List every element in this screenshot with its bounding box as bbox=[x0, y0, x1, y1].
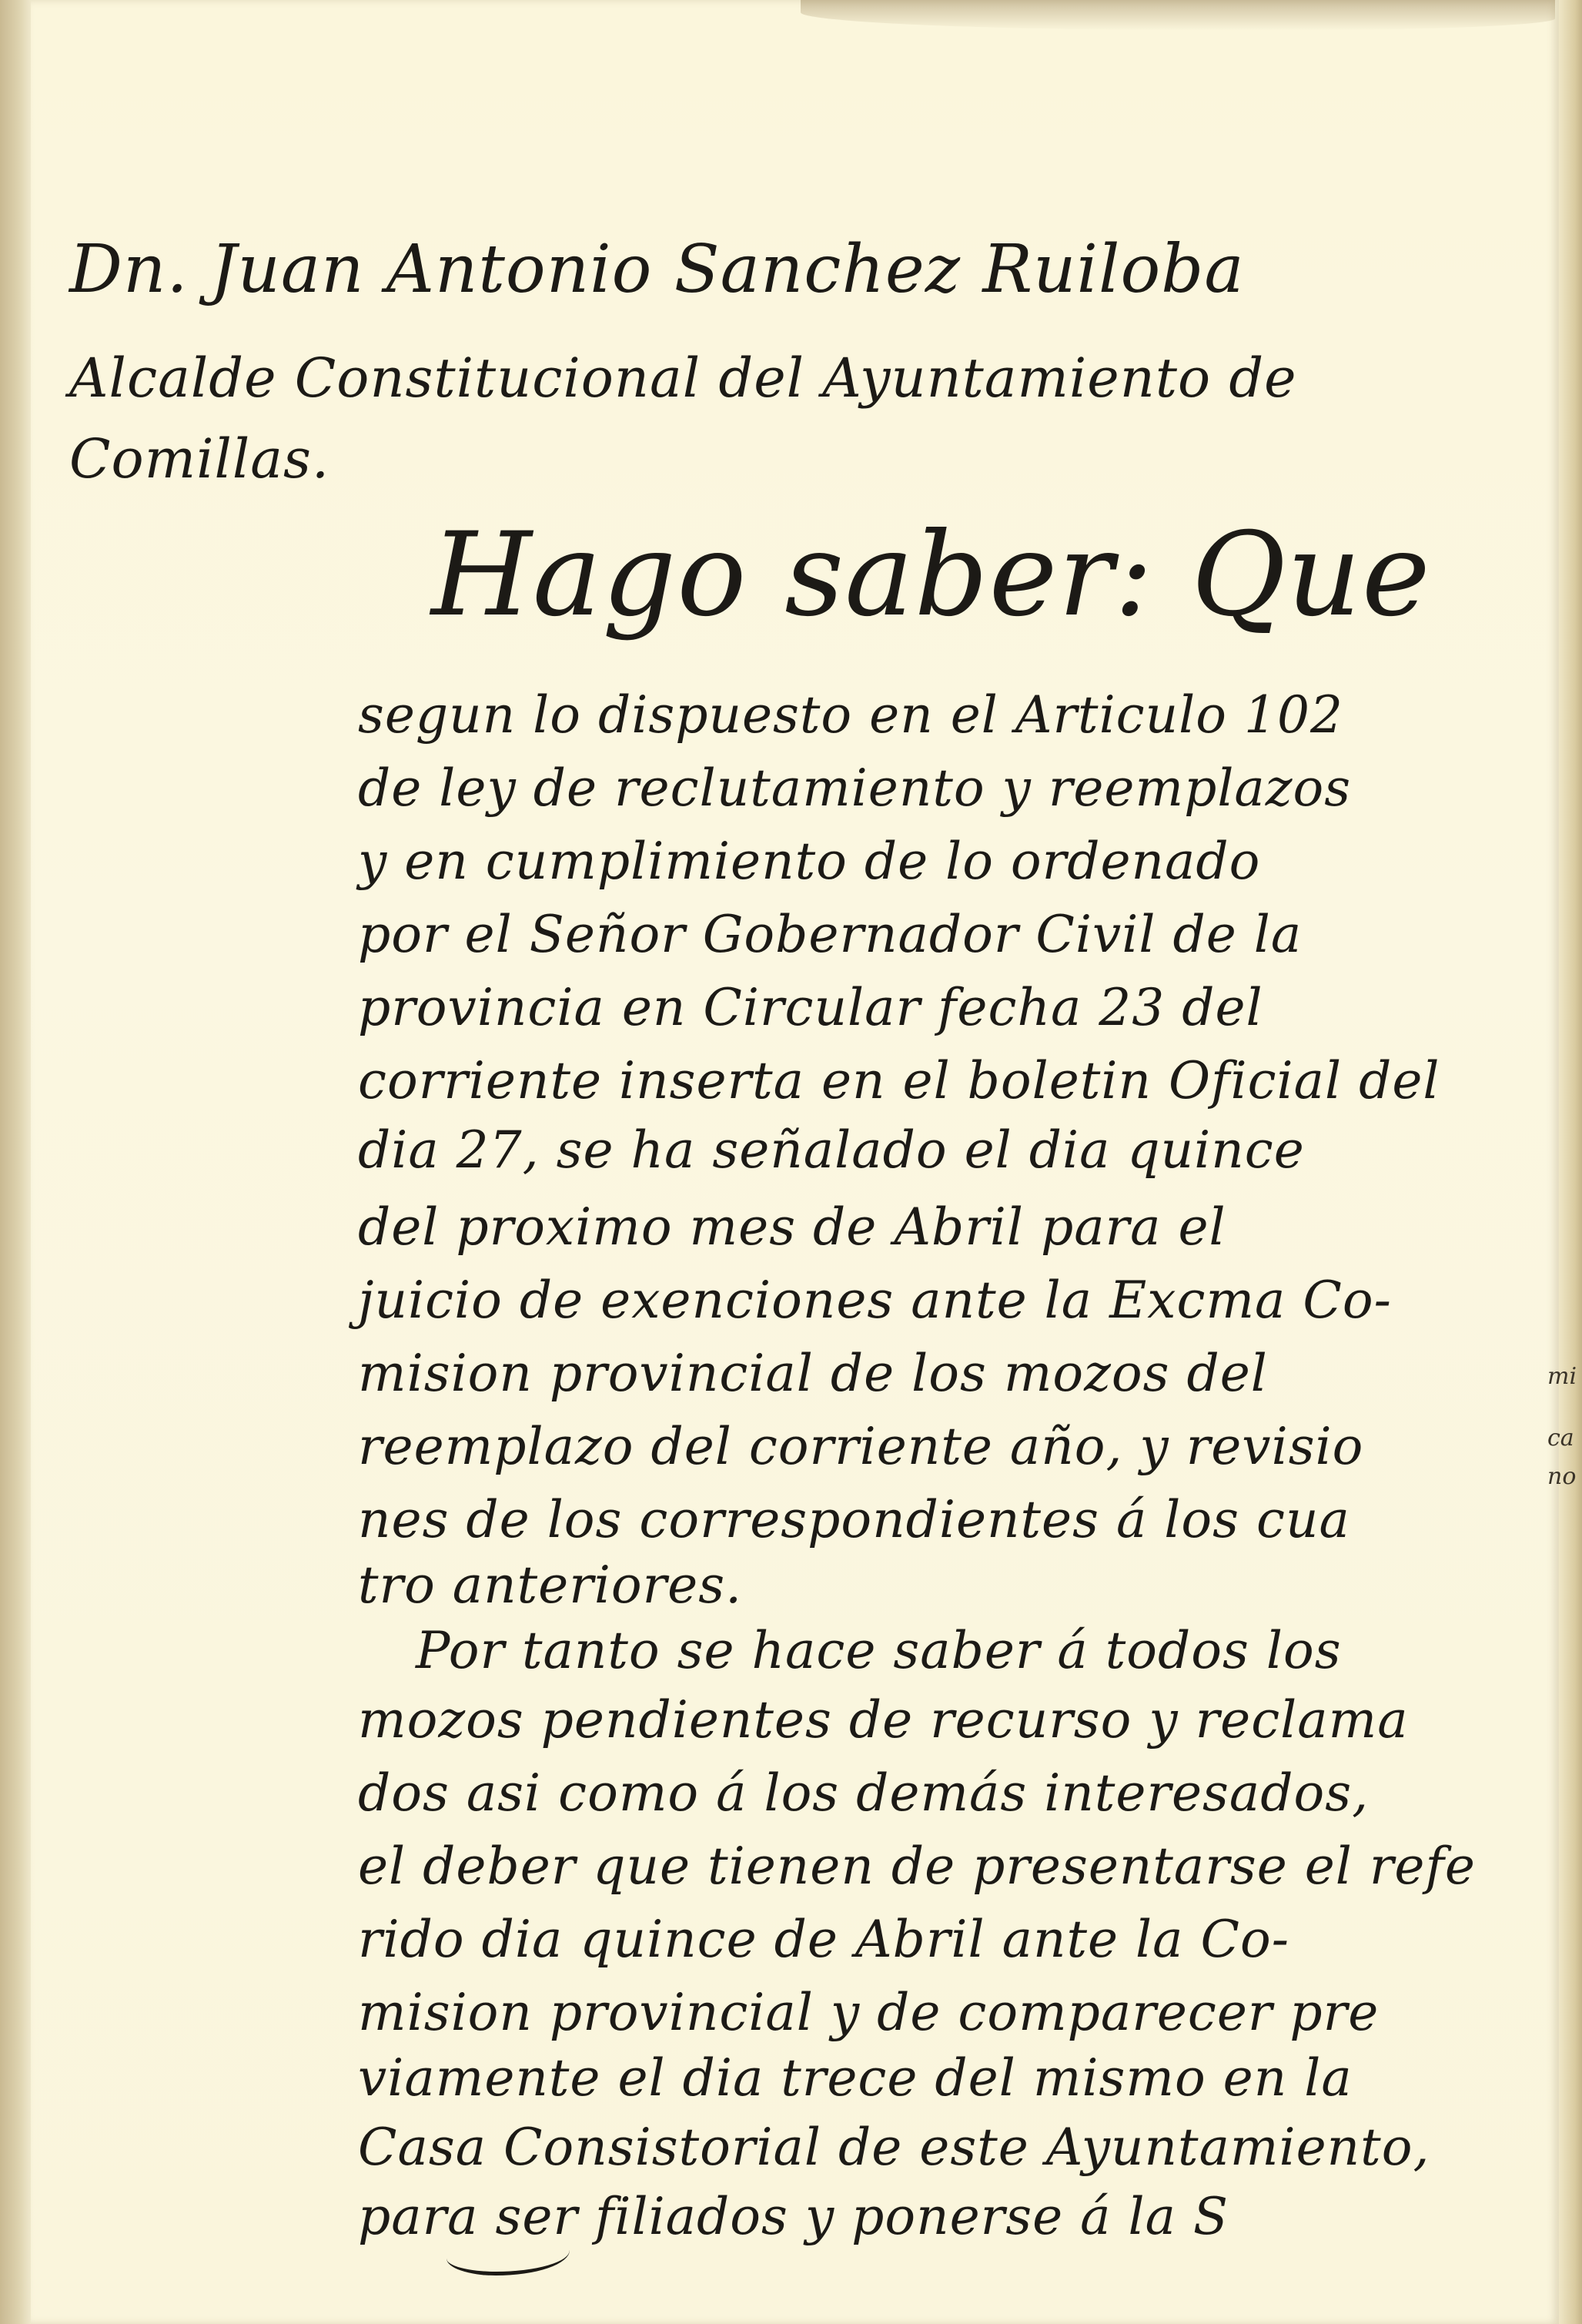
body-line: viamente el dia trece del mismo en la bbox=[358, 2048, 1353, 2108]
body-line: Casa Consistorial de este Ayuntamiento, bbox=[358, 2118, 1430, 2177]
body-line: juicio de exenciones ante la Excma Co- bbox=[358, 1271, 1392, 1330]
body-line: mision provincial y de comparecer pre bbox=[358, 1983, 1379, 2042]
body-line: y en cumplimiento de lo ordenado bbox=[358, 832, 1260, 891]
body-line: nes de los correspondientes á los cua bbox=[358, 1490, 1350, 1549]
notice-heading: Hago saber: Que bbox=[431, 508, 1431, 642]
body-line: el deber que tienen de presentarse el re… bbox=[358, 1837, 1476, 1896]
body-line: dos asi como á los demás interesados, bbox=[358, 1763, 1369, 1823]
margin-note: mi bbox=[1547, 1363, 1577, 1390]
body-line: mision provincial de los mozos del bbox=[358, 1344, 1268, 1403]
margin-note: no bbox=[1547, 1463, 1576, 1490]
body-line: por el Señor Gobernador Civil de la bbox=[358, 905, 1302, 964]
body-line: dia 27, se ha señalado el dia quince bbox=[358, 1120, 1305, 1180]
book-binding-edge bbox=[0, 0, 31, 2324]
body-line: de ley de reclutamiento y reemplazos bbox=[358, 758, 1351, 818]
header-town-line: Comillas. bbox=[69, 427, 329, 491]
margin-note: ca bbox=[1547, 1425, 1574, 1452]
body-line: Por tanto se hace saber á todos los bbox=[416, 1621, 1342, 1680]
body-line: segun lo dispuesto en el Articulo 102 bbox=[358, 685, 1343, 745]
body-line: reemplazo del corriente año, y revisio bbox=[358, 1417, 1363, 1476]
body-line: del proximo mes de Abril para el bbox=[358, 1197, 1226, 1257]
body-line: corriente inserta en el boletin Oficial … bbox=[358, 1051, 1440, 1110]
body-line: mozos pendientes de recurso y reclama bbox=[358, 1690, 1409, 1750]
body-line: rido dia quince de Abril ante la Co- bbox=[358, 1910, 1289, 1969]
paper-stain bbox=[801, 0, 1555, 31]
body-line: provincia en Circular fecha 23 del bbox=[358, 978, 1263, 1037]
header-title-line: Alcalde Constitucional del Ayuntamiento … bbox=[69, 347, 1297, 410]
body-line: tro anteriores. bbox=[358, 1555, 742, 1615]
next-page-edge bbox=[1559, 0, 1582, 2324]
header-name-line: Dn. Juan Antonio Sanchez Ruiloba bbox=[69, 231, 1245, 308]
